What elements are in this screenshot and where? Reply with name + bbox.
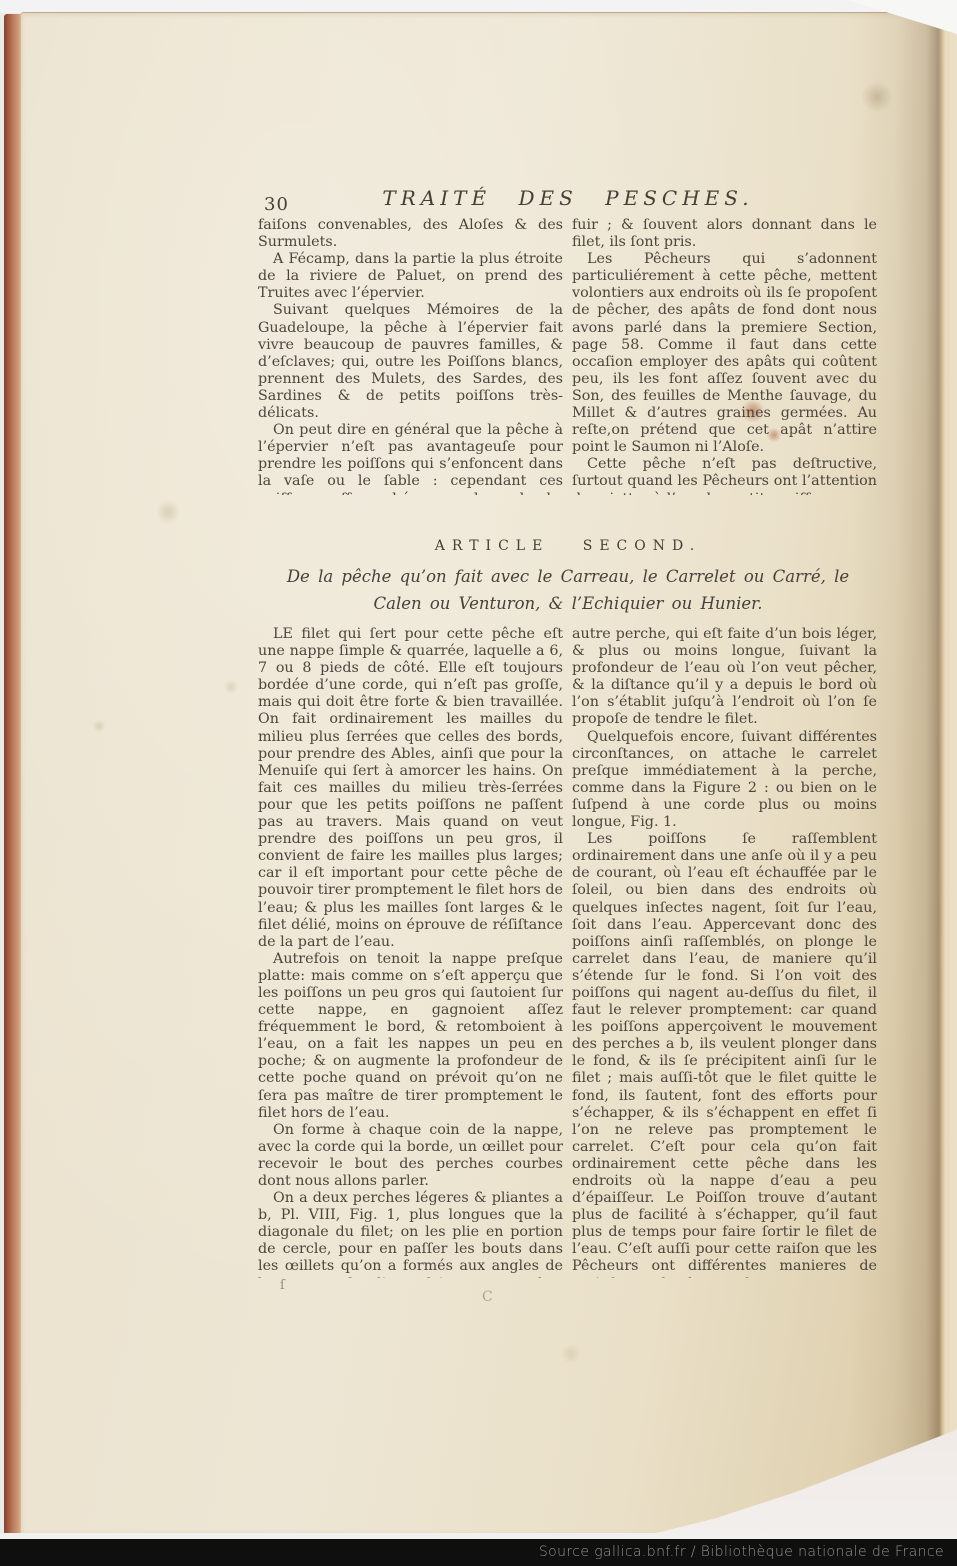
stray-ink-mark: ſ <box>280 1278 285 1293</box>
next-page-edge <box>941 26 957 1438</box>
main-left-column: LE filet qui ſert pour cette pêche eſt u… <box>258 626 563 1278</box>
article-title: De la pêche qu’on fait avec le Carreau, … <box>258 563 878 617</box>
paragraph: faiſons convenables, des Aloſes & des Su… <box>258 217 563 251</box>
printed-page-content: 30 TRAITÉ DES PESCHES. faiſons convenabl… <box>258 186 878 1296</box>
top-left-column: faiſons convenables, des Aloſes & des Su… <box>258 217 563 495</box>
paragraph: Les poiſſons ſe raſſemblent ordinairemen… <box>572 831 877 1278</box>
paragraph: Quelquefois encore, ſuivant différentes … <box>572 729 877 832</box>
paragraph: LE filet qui ſert pour cette pêche eſt u… <box>258 626 563 951</box>
book-binding-edge <box>4 14 21 1535</box>
paragraph: On forme à chaque coin de la nappe, avec… <box>258 1122 563 1190</box>
top-text-section: faiſons convenables, des Aloſes & des Su… <box>258 217 877 495</box>
scanned-book-page: 30 TRAITÉ DES PESCHES. faiſons convenabl… <box>0 0 957 1566</box>
paragraph: fuir ; & ſouvent alors donnant dans le f… <box>572 217 877 251</box>
paragraph: On a deux perches légeres & pliantes a b… <box>258 1190 563 1278</box>
paragraph: Cette pêche n’eſt pas deſtructive, ſurto… <box>572 456 877 495</box>
article-heading: ARTICLE SECOND. <box>258 538 878 554</box>
top-right-column: fuir ; & ſouvent alors donnant dans le f… <box>572 217 877 495</box>
paragraph: Autrefois on tenoit la nappe preſque pla… <box>258 951 563 1122</box>
paragraph: Les Pêcheurs qui s’adonnent particuliére… <box>572 251 877 456</box>
paragraph: A Fécamp, dans la partie la plus étroite… <box>258 251 563 302</box>
main-right-column: autre perche, qui eſt faite d’un bois lé… <box>572 626 877 1278</box>
source-attribution-text: Source gallica.bnf.fr / Bibliothèque nat… <box>0 1539 957 1566</box>
stray-ink-mark: C <box>482 1289 493 1305</box>
paragraph: Suivant quelques Mémoires de la Guadelou… <box>258 302 563 422</box>
gallica-attribution-bar: Source gallica.bnf.fr / Bibliothèque nat… <box>0 1539 957 1566</box>
running-title: TRAITÉ DES PESCHES. <box>258 186 878 210</box>
paragraph: autre perche, qui eſt faite d’un bois lé… <box>572 626 877 729</box>
paragraph: On peut dire en général que la pêche à l… <box>258 422 563 495</box>
main-text-section: LE filet qui ſert pour cette pêche eſt u… <box>258 626 877 1278</box>
article-title-text: De la pêche qu’on fait avec le Carreau, … <box>270 563 866 617</box>
